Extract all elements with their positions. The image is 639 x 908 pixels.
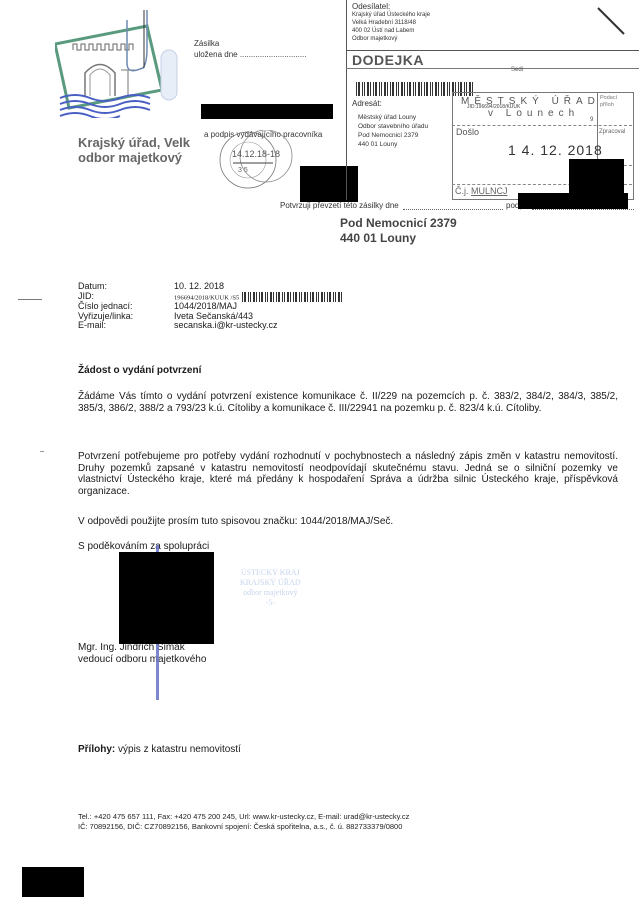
recipient-block: Městský úřad Louny Odbor stavebního úřad… xyxy=(358,113,428,149)
office-stamp: ÚSTECKÝ KRAJ KRAJSKÝ ÚŘAD odbor majetkov… xyxy=(240,568,301,608)
svg-text:3 5: 3 5 xyxy=(238,167,248,174)
redaction-block xyxy=(22,867,84,897)
zasilka-block: Zásilka uložena dne ....................… xyxy=(194,38,307,60)
footer-contact: Tel.: +420 475 657 111, Fax: +420 475 20… xyxy=(78,812,409,822)
recipient-line: Městský úřad Louny xyxy=(358,113,428,122)
pen-mark-icon xyxy=(596,6,626,36)
attachments: Přílohy: výpis z katastru nemovitostí xyxy=(78,744,241,755)
redaction-block xyxy=(518,193,628,209)
stamp-line: -5- xyxy=(240,598,301,608)
receipt-confirmation-label: Potvrzuji převzetí této zásilky dne xyxy=(280,201,399,210)
divider xyxy=(346,68,639,69)
letter-meta: Datum: 10. 12. 2018 JID: 196694/2018/KUU… xyxy=(78,282,344,331)
recipient-label: Adresát: xyxy=(352,99,382,108)
received-stamp-date: 1 4. 12. 2018 xyxy=(508,142,603,158)
signature-block: Mgr. Ing. Jindřich Simák vedoucí odboru … xyxy=(78,642,206,665)
received-stamp-number: 9 xyxy=(590,117,593,123)
sender-line: Krajský úřad Ústeckého kraje xyxy=(352,11,430,19)
divider xyxy=(452,125,632,126)
org-title: Krajský úřad, Velk odbor majetkový xyxy=(78,135,190,165)
recipient-line: Pod Nemocnicí 2379 xyxy=(358,131,428,140)
cj-label: Č.j. xyxy=(455,186,469,196)
redaction-block xyxy=(201,104,333,119)
sender-block: Odesílatel: Krajský úřad Ústeckého kraje… xyxy=(352,3,430,43)
stamp-line: KRAJSKÝ ÚŘAD xyxy=(240,578,301,588)
sender-line: Odbor majetkový xyxy=(352,35,430,43)
postmark-stamp-icon: 14.12.18-18 3 5 xyxy=(218,130,298,190)
letter-footer: Tel.: +420 475 657 111, Fax: +420 475 20… xyxy=(78,812,409,831)
recipient-line: Odbor stavebního úřadu xyxy=(358,122,428,131)
meta-row-date: Datum: 10. 12. 2018 xyxy=(78,282,344,292)
sender-line: 400 02 Ústí nad Labem xyxy=(352,27,430,35)
meta-value: 196694/2018/KUUK /S5 xyxy=(174,294,239,301)
redaction-block xyxy=(569,159,624,195)
zasilka-label: Zásilka xyxy=(194,38,307,49)
attachments-label: Přílohy: xyxy=(78,744,115,755)
received-stamp-doslo-label: Došlo xyxy=(456,127,479,137)
sender-label: Odesílatel: xyxy=(352,3,430,11)
sender-line: Velká Hradební 3118/48 xyxy=(352,19,430,27)
address-city: 440 01 Louny xyxy=(340,231,457,246)
meta-key: E-mail: xyxy=(78,321,174,331)
meta-value: 10. 12. 2018 xyxy=(174,282,224,292)
dodejka-title: DODEJKA xyxy=(352,52,424,68)
org-title-line1: Krajský úřad, Velk xyxy=(78,135,190,150)
sedi-label: Sedí xyxy=(511,67,523,73)
letter-paragraph: Potvrzení potřebujeme pro potřeby vydání… xyxy=(78,451,618,497)
org-title-line2: odbor majetkový xyxy=(78,150,190,165)
recipient-line: 440 01 Louny xyxy=(358,140,428,149)
stamp-line: odbor majetkový xyxy=(240,588,301,598)
footer-bank: IČ: 70892156, DIČ: CZ70892156, Bankovní … xyxy=(78,822,409,832)
signatory-role: vedoucí odboru majetkového xyxy=(78,654,206,666)
received-stamp-podani-label: Podací příloh xyxy=(600,95,630,109)
barcode-icon xyxy=(242,292,344,302)
letter-paragraph: V odpovědi použijte prosím tuto spisovou… xyxy=(78,516,618,528)
svg-text:14.12.18-18: 14.12.18-18 xyxy=(232,149,280,159)
letter-subject: Žádost o vydání potvrzení xyxy=(78,365,201,376)
cj-value: MULNCJ xyxy=(471,186,508,196)
region-logo-icon xyxy=(55,8,190,118)
received-stamp-subtitle: v Lounech xyxy=(488,108,579,119)
letter-paragraph: Žádáme Vás tímto o vydání potvrzení exis… xyxy=(78,391,618,414)
received-stamp-cj: Č.j. MULNCJ xyxy=(455,186,508,196)
meta-row-email: E-mail: secanska.i@kr-ustecky.cz xyxy=(78,321,344,331)
attachments-value: výpis z katastru nemovitostí xyxy=(118,744,241,755)
divider xyxy=(346,50,639,51)
redaction-block xyxy=(119,552,214,644)
fold-mark xyxy=(18,299,42,300)
letter-closing: S poděkováním za spolupráci xyxy=(78,541,618,553)
stamp-line: ÚSTECKÝ KRAJ xyxy=(240,568,301,578)
fold-mark xyxy=(40,451,44,452)
address-street: Pod Nemocnicí 2379 xyxy=(340,216,457,231)
zasilka-date-line: uložena dne ............................… xyxy=(194,49,307,60)
receipt-date-field[interactable] xyxy=(403,201,503,210)
meta-email[interactable]: secanska.i@kr-ustecky.cz xyxy=(174,321,278,331)
recipient-address: Pod Nemocnicí 2379 440 01 Louny xyxy=(340,216,457,246)
received-stamp-zpracoval-label: Zpracoval xyxy=(599,129,625,135)
